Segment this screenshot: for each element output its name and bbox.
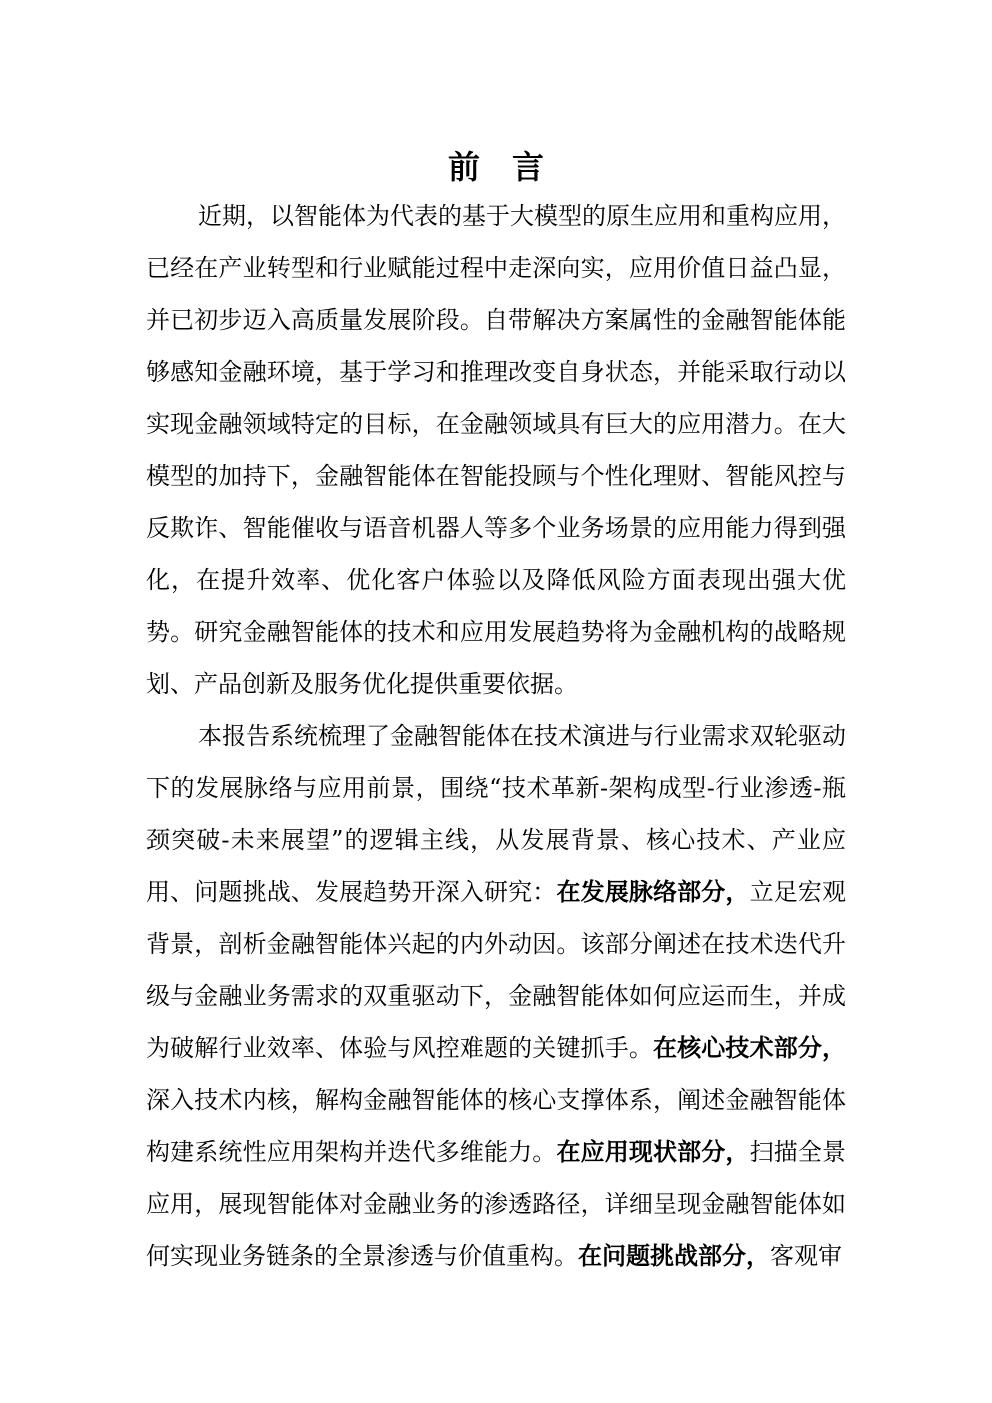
bold-section-label: 在问题挑战部分， bbox=[578, 1242, 770, 1270]
bold-section-label: 在应用现状部分， bbox=[556, 1138, 749, 1166]
document-body: 近期，以智能体为代表的基于大模型的原生应用和重构应用，已经在产业转型和行业赋能过… bbox=[146, 190, 846, 1282]
document-page: 前 言 近期，以智能体为代表的基于大模型的原生应用和重构应用，已经在产业转型和行… bbox=[0, 0, 992, 1403]
bold-section-label: 在发展脉络部分， bbox=[556, 878, 749, 906]
paragraph: 近期，以智能体为代表的基于大模型的原生应用和重构应用，已经在产业转型和行业赋能过… bbox=[146, 190, 846, 710]
paragraph: 本报告系统梳理了金融智能体在技术演进与行业需求双轮驱动下的发展脉络与应用前景，围… bbox=[146, 710, 846, 1282]
body-text-run: 近期，以智能体为代表的基于大模型的原生应用和重构应用，已经在产业转型和行业赋能过… bbox=[146, 202, 846, 698]
page-title: 前 言 bbox=[146, 148, 846, 186]
body-text-run: 客观审 bbox=[770, 1242, 842, 1270]
bold-section-label: 在核心技术部分， bbox=[653, 1034, 846, 1062]
